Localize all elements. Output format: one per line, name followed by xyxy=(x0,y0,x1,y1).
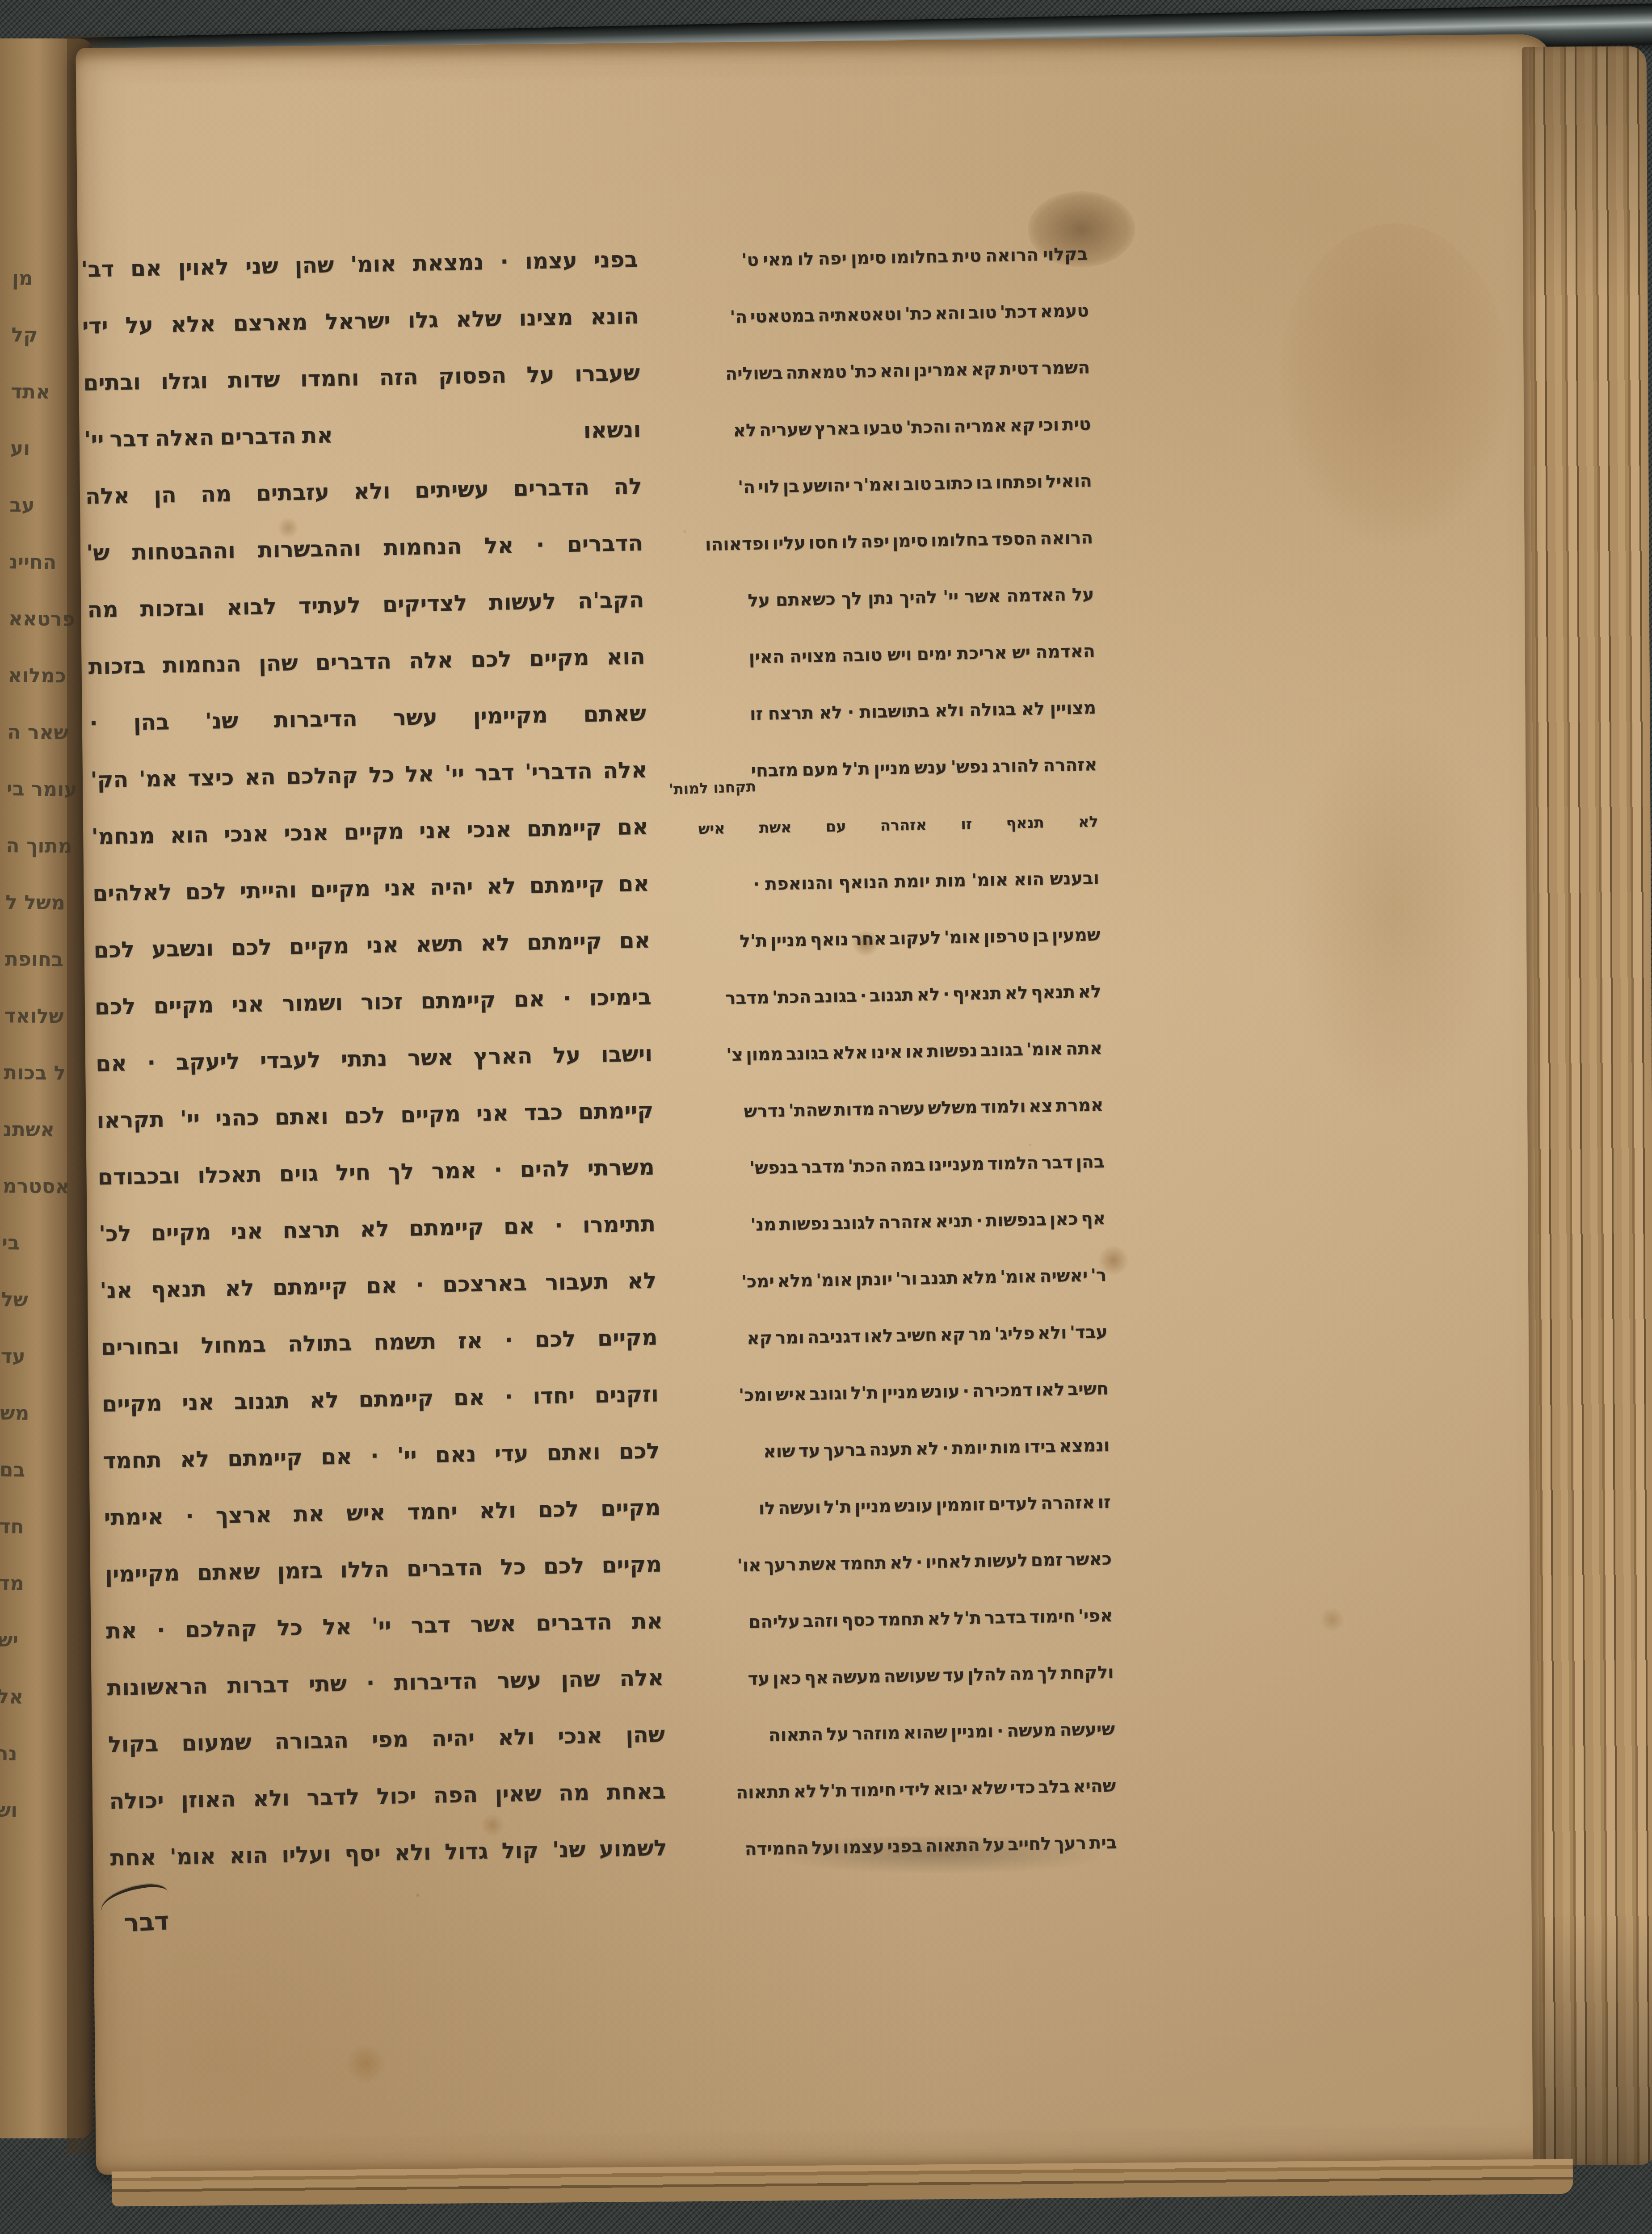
text-line: ונמצא בידו מות יומת · לא תענה ברעך עד שו… xyxy=(763,1417,1110,1480)
fragment-line: מתוך ה xyxy=(6,817,77,875)
fragment-line: אל xyxy=(0,1668,68,1726)
fragment-line: חד xyxy=(0,1498,70,1556)
text-line: ונשאואת הדברים האלה דבר יי' xyxy=(84,401,641,468)
left-text-column: בפני עצמו · נמצאת אומ' שהן שני לאוין אם … xyxy=(80,231,667,1886)
text-line: מקיים לכם · אז תשמח בתולה במחול ובחורים xyxy=(101,1309,658,1376)
text-line: שהן אנכי ולא יהיה מפי הגבורה שמעום בקול xyxy=(108,1706,665,1773)
fragment-line: מד xyxy=(0,1555,69,1613)
text-line: אזהרה להורג נפש' ענש מניין ת'ל מעם מזבחי xyxy=(750,736,1097,799)
text-line: קיימתם כבד אני מקיים לכם ואתם כהני יי' ת… xyxy=(96,1082,654,1149)
text-line: לא תנאף לא תנאיף · לא תגנוב · בגונב הכת'… xyxy=(755,963,1102,1026)
text-line: עבד' ולא פליג' מר קא חשיב לאו דגניבה ומר… xyxy=(761,1304,1108,1367)
fore-edge-page-stack xyxy=(1522,46,1652,2165)
fragment-line: משל ל xyxy=(5,874,76,932)
text-line: שמעין בן טרפון אומ' לעקוב אחר נואף מניין… xyxy=(753,907,1101,970)
text-line: זו אזהרה לעדים זוממין עונש מניין ת'ל ועש… xyxy=(764,1474,1111,1537)
text-line: הרואה הספד בחלומו סימן יפה לו חסו עליו ו… xyxy=(746,509,1093,572)
text-line: הונא מצינו שלא גלו ישראל מארצם אלא על יד… xyxy=(82,288,639,355)
fragment-line: בחופת xyxy=(4,931,76,988)
text-line: מקיים לכם כל הדברים הללו בזמן שאתם מקיימ… xyxy=(105,1536,662,1603)
text-line: ולקחת לך מה להלן עד שעושה מעשה אף כאן עד xyxy=(767,1644,1114,1707)
text-line: כאשר זמם לעשות לאחיו · לא תחמד אשת רעך א… xyxy=(765,1531,1112,1594)
text-line: שהיא בלב כדי שלא יבוא לידי חימוד ת'ל לא … xyxy=(769,1758,1116,1821)
text-line: לשמוע שנ' קול גדול ולא יסף ועליו הוא אומ… xyxy=(110,1819,668,1886)
catchword-block: דבר xyxy=(99,1885,170,1939)
text-line: אתה אומ' בגונב נפשות או אינו אלא בגונב מ… xyxy=(756,1020,1103,1083)
text-line: בהן דבר הלמוד מעניינו במה הכת' מדבר בנפש… xyxy=(758,1134,1105,1197)
fragment-line: ל בכות xyxy=(4,1044,75,1102)
text-line: לה הדברים עשיתים ולא עזבתים מה הן אלה xyxy=(85,458,643,525)
text-line: ר' יאשיה אומ' מלא תגנב ור' יונתן אומ' מל… xyxy=(760,1247,1107,1310)
text-line: שעברו על הפסוק הזה וחמדו שדות וגזלו ובתי… xyxy=(83,344,640,412)
text-line: לא תעבור בארצכם · אם קיימתם לא תנאף אנ' xyxy=(99,1252,657,1319)
text-line: לא תנאף זו אזהרה עם אשת איש xyxy=(698,793,1099,857)
text-line: האדמה יש אריכת ימים ויש טובה מצויה האין xyxy=(748,623,1096,686)
text-line: אלה הדברי' דבר יי' אל כל קהלכם הא כיצד א… xyxy=(90,742,647,809)
text-line: שיעשה מעשה · ומניין שהוא מוזהר על התאוה xyxy=(768,1701,1115,1764)
text-line: חשיב לאו דמכירה · עונש מניין ת'ל וגונב א… xyxy=(762,1361,1109,1424)
text-line: שאתם מקיימין עשר הדיברות שנ' בהן · xyxy=(89,685,647,752)
text-line: בימיכו · אם קיימתם זכור ושמור אני מקיים … xyxy=(94,969,652,1036)
text-line: בפני עצמו · נמצאת אומ' שהן שני לאוין אם … xyxy=(80,231,638,298)
fragment-line: נר xyxy=(0,1725,67,1783)
text-line: תתימרו · אם קיימתם לא תרצח אני מקיים לכ' xyxy=(98,1196,656,1263)
text-line: וזקנים יחדו · אם קיימתם לא תגנוב אני מקי… xyxy=(101,1365,659,1432)
text-line: טית וכי קא אמריה והכת' טבעו בארץ שעריה ל… xyxy=(744,396,1091,459)
text-line: מקיים לכם ולא יחמד איש את ארצך · אימתי xyxy=(104,1479,661,1546)
text-line: מצויין לא בגולה ולא בתושבות · לא תרצח זו xyxy=(749,680,1097,743)
text-line: משרתי להים · אמר לך חיל גוים תאכלו ובכבו… xyxy=(97,1139,655,1206)
text-line: את הדברים אשר דבר יי' אל כל קהלכם · את xyxy=(105,1592,663,1659)
text-line: טעמא דכת' טוב והא כת' וטאטאתיה במטאטי ה' xyxy=(742,282,1089,345)
text-line: אף כאן בנפשות · תניא אזהרה לגונב נפשות מ… xyxy=(759,1190,1106,1253)
text-line: בקלוי הרואה טית בחלומו סימן יפה לו מאי ט… xyxy=(741,226,1088,289)
text-line: הקב'ה לעשות לצדיקים לעתיד לבוא ובזכות מה xyxy=(87,571,644,638)
line-rest: את הדברים האלה דבר יי' xyxy=(84,407,333,468)
right-text-column: בקלוי הרואה טית בחלומו סימן יפה לו מאי ט… xyxy=(741,226,1117,1877)
fragment-line: עד xyxy=(0,1328,71,1386)
fragment-line: אסטרמ xyxy=(2,1158,73,1215)
line-first-word: ונשאו xyxy=(583,401,641,459)
text-line: על האדמה אשר יי' להיך נתן לך כשאתם על xyxy=(747,566,1094,629)
fragment-line: מש xyxy=(0,1385,71,1442)
text-line: הואיל ופתחו בו כתוב טוב ואמ'ר יהושע בן ל… xyxy=(745,453,1093,516)
catchword: דבר xyxy=(109,1906,170,1939)
text-line: הדברים · אל הנחמות וההבשרות וההבטחות ש' xyxy=(86,515,643,582)
fragment-line: יש xyxy=(0,1612,69,1669)
text-line: ובענש הוא אומ' מות יומת הנואף והנואפת · xyxy=(752,850,1100,913)
text-line: הוא מקיים לכם אלה הדברים שהן הנחמות בזכו… xyxy=(88,628,646,695)
text-line: השמר דטית קא אמרינן והא כת' טמאתה בשוליה xyxy=(743,339,1090,402)
fragment-line: בי xyxy=(2,1214,73,1272)
text-line: אלה שהן עשר הדיברות · שתי דברות הראשונות xyxy=(107,1649,664,1716)
fragment-line: שלואד xyxy=(4,987,75,1045)
fragment-line: בם xyxy=(0,1441,71,1499)
text-line: אמרת צא ולמוד משלש עשרה מדות שהת' נדרש xyxy=(757,1077,1104,1140)
fragment-line: של xyxy=(1,1271,72,1329)
fragment-line: אשתנ xyxy=(3,1101,74,1159)
text-line: וישבו על הארץ אשר נתתי לעבדי ליעקב · אם xyxy=(95,1025,653,1092)
text-line: באחת מה שאין הפה יכול לדבר ולא האוזן יכו… xyxy=(109,1763,666,1830)
text-line: לכם ואתם עדי נאם יי' · אם קיימתם לא תחמד xyxy=(102,1422,660,1489)
text-line: אם קיימתם לא יהיה אני מקיים והייתי לכם ל… xyxy=(92,855,650,922)
text-line: אפי' חימוד בדבר ת'ל לא תחמד כסף וזהב עלי… xyxy=(766,1587,1113,1650)
text-line: אם קיימתם אנכי אני מקיים אנכי אנכי הוא מ… xyxy=(91,798,649,865)
fragment-line: וש xyxy=(0,1782,67,1839)
text-line: אם קיימתם לא תשא אני מקיים לכם ונשבע לכם xyxy=(93,912,651,979)
text-line: בית רעך לחייב על התאוה בפני עצמו ועל החמ… xyxy=(770,1814,1117,1877)
